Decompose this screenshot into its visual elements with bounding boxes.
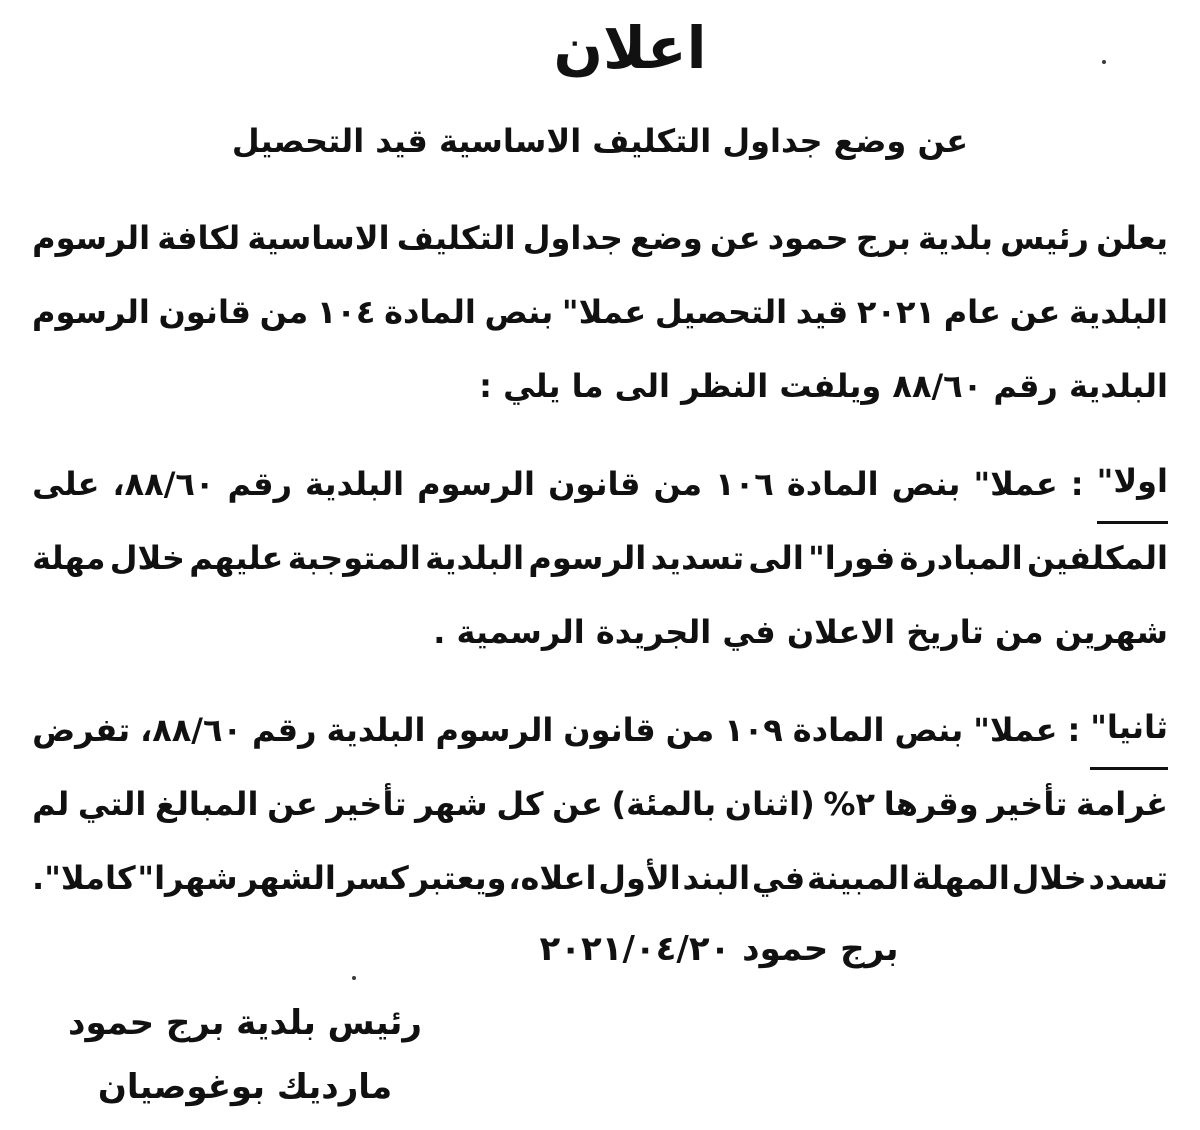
text-line: اولا":عملا"بنصالمادة١٠٦منقانونالرسومالبل…: [32, 447, 1168, 521]
word: التحصيل: [655, 275, 787, 349]
word: المبينة: [807, 841, 910, 915]
word: كل: [496, 767, 543, 841]
word: عملا": [562, 275, 646, 349]
dateline: برج حمود ٢٠٢١/٠٤/٢٠: [151, 921, 1200, 977]
word: كاملا".: [32, 841, 136, 915]
clause-separator: :: [1067, 693, 1080, 767]
text-line: شهرين من تاريخ الاعلان في الجريدة الرسمي…: [32, 595, 1168, 669]
word: قانون: [159, 275, 251, 349]
word: الرسوم: [32, 275, 150, 349]
text-line: يعلنرئيسبلديةبرجحمودعنوضعجداولالتكليفالا…: [32, 201, 1168, 275]
word: البلدية: [326, 693, 425, 767]
word: البلدية: [1069, 275, 1168, 349]
word: وضع: [630, 201, 703, 275]
word: لم: [32, 767, 69, 841]
intro-paragraph: يعلنرئيسبلديةبرجحمودعنوضعجداولالتكليفالا…: [32, 201, 1168, 423]
word: تسدد: [1089, 841, 1168, 915]
word: من: [666, 693, 715, 767]
text-line: البلدية رقم ٨٨/٦٠ ويلفت النظر الى ما يلي…: [32, 349, 1168, 423]
word: حمود: [768, 201, 849, 275]
word: بنص: [894, 693, 963, 767]
word: تأخير: [987, 767, 1067, 841]
word: مهلة: [32, 521, 105, 595]
word: في: [752, 841, 805, 915]
word: (اثنان: [725, 767, 815, 841]
clause-first: اولا":عملا"بنصالمادة١٠٦منقانونالرسومالبل…: [32, 447, 1168, 669]
word: من: [260, 275, 309, 349]
word: رئيس: [1000, 201, 1089, 275]
word: ٨٨/٦٠،: [112, 447, 214, 521]
document-subtitle: عن وضع جداول التكليف الاساسية قيد التحصي…: [32, 122, 1168, 160]
signature-block: رئيس بلدية برج حمود مارديك بوغوصيان: [55, 991, 435, 1119]
text-line: غرامةتأخيروقرها٢%(اثنانبالمئة)عنكلشهرتأخ…: [32, 767, 1168, 841]
word: يعلن: [1096, 201, 1168, 275]
text-line: البلديةعنعام٢٠٢١قيدالتحصيلعملا"بنصالمادة…: [32, 275, 1168, 349]
clause-separator: :: [1071, 447, 1084, 521]
word: الرسوم: [528, 521, 646, 595]
text-line: ثانيا":عملا"بنصالمادة١٠٩منقانونالرسومالب…: [32, 693, 1168, 767]
word: اعلاه،: [508, 841, 596, 915]
word: ١٠٩: [724, 693, 783, 767]
word: المبادرة: [899, 521, 1022, 595]
word: الرسوم: [417, 447, 535, 521]
word: خلال: [110, 521, 185, 595]
document-title: اعلان: [62, 14, 1198, 84]
word: قانون: [548, 447, 640, 521]
word: تسديد: [651, 521, 745, 595]
word: عن: [267, 767, 318, 841]
word: عن: [1010, 275, 1061, 349]
word: المهلة: [912, 841, 1010, 915]
word: المادة: [793, 693, 885, 767]
word: فورا": [808, 521, 895, 595]
word: البند: [683, 841, 751, 915]
word: الرسوم: [32, 201, 150, 275]
word: تأخير: [326, 767, 406, 841]
word: ٢٠٢١: [857, 275, 935, 349]
word: تفرض: [32, 693, 130, 767]
word: بنص: [485, 275, 554, 349]
word: البلدية: [305, 447, 404, 521]
announcement-document: اعلان عن وضع جداول التكليف الاساسية قيد …: [0, 0, 1200, 1130]
word: جداول: [523, 201, 623, 275]
word: الأول: [598, 841, 680, 915]
word: غرامة: [1076, 767, 1168, 841]
clause-label: اولا": [1097, 444, 1168, 524]
word: المبالغ: [155, 767, 258, 841]
word: عام: [944, 275, 1001, 349]
word: برج: [856, 201, 911, 275]
word: رقم: [252, 693, 316, 767]
word: قيد: [796, 275, 849, 349]
word: بالمئة): [611, 767, 716, 841]
word: المتوجبة: [288, 521, 421, 595]
word: عملا": [973, 447, 1057, 521]
scan-speck: [1102, 60, 1106, 64]
word: بنص: [892, 447, 961, 521]
word: الى: [748, 521, 803, 595]
word: الرسوم: [435, 693, 553, 767]
word: البلدية: [425, 521, 524, 595]
word: قانون: [563, 693, 655, 767]
word: شهرا": [137, 841, 237, 915]
word: ويعتبر: [411, 841, 507, 915]
word: ٢%: [823, 767, 875, 841]
word: عن: [552, 767, 603, 841]
text-line: المكلفينالمبادرةفورا"الىتسديدالرسومالبلد…: [32, 521, 1168, 595]
word: وقرها: [884, 767, 979, 841]
word: التي: [78, 767, 146, 841]
word: المادة: [787, 447, 879, 521]
text-line: تسددخلالالمهلةالمبينةفيالبندالأولاعلاه،و…: [32, 841, 1168, 915]
word: خلال: [1012, 841, 1087, 915]
word: عن: [710, 201, 761, 275]
word: المكلفين: [1027, 521, 1168, 595]
clause-second: ثانيا":عملا"بنصالمادة١٠٩منقانونالرسومالب…: [32, 693, 1168, 915]
word: التكليف: [397, 201, 516, 275]
word: من: [653, 447, 702, 521]
word: المادة: [384, 275, 476, 349]
word: بلدية: [918, 201, 993, 275]
word: ١٠٦: [715, 447, 774, 521]
scan-speck: [352, 976, 356, 980]
signature-name: مارديك بوغوصيان: [55, 1055, 435, 1119]
signature-title: رئيس بلدية برج حمود: [55, 991, 435, 1055]
word: الاساسية: [247, 201, 389, 275]
word: عملا": [973, 693, 1057, 767]
word: رقم: [228, 447, 292, 521]
word: الشهر: [239, 841, 336, 915]
word: عليهم: [189, 521, 283, 595]
word: لكافة: [157, 201, 240, 275]
clause-label: ثانيا": [1090, 690, 1168, 770]
word: كسر: [338, 841, 409, 915]
word: ٨٨/٦٠،: [140, 693, 242, 767]
word: شهر: [415, 767, 488, 841]
word: على: [32, 447, 99, 521]
word: ١٠٤: [317, 275, 376, 349]
